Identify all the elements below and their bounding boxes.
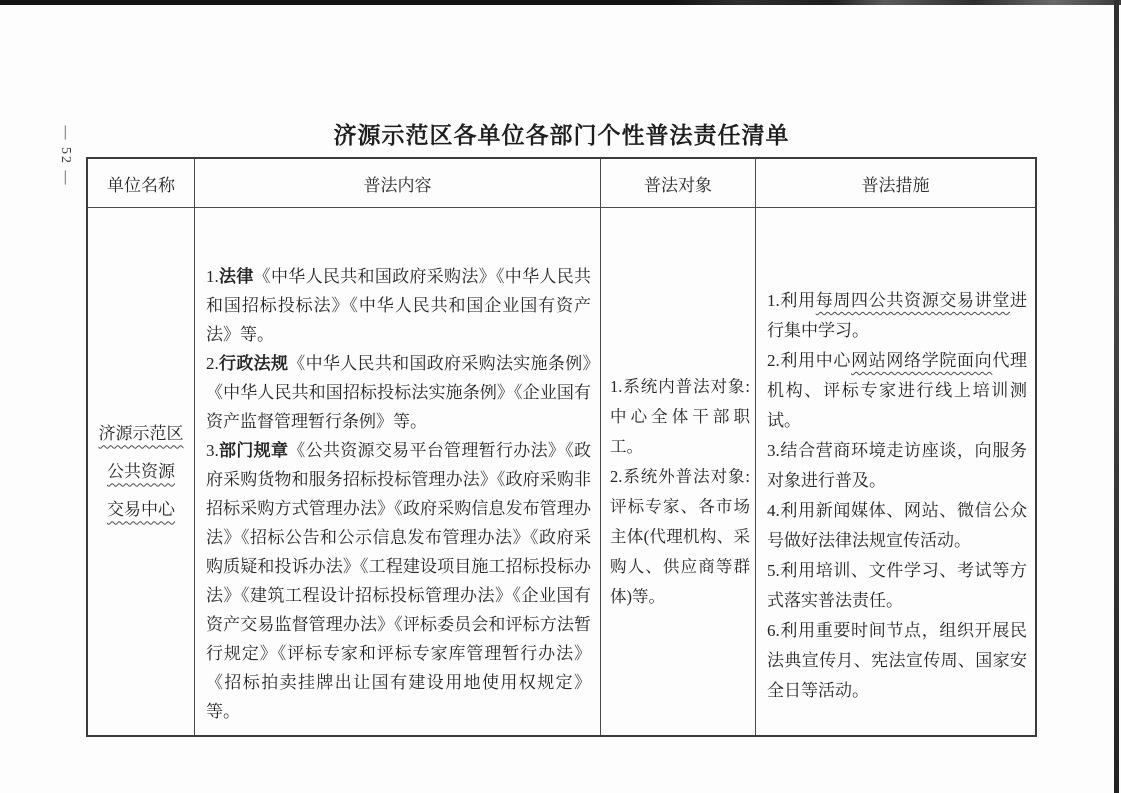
measure-text: 6.利用重要时间节点，组织开展民法典宣传月、宪法宣传周、国家安全日等活动。 xyxy=(767,621,1027,700)
item-text: 《中华人民共和国政府采购法》《中华人民共和国招标投标法》《中华人民共和国企业国有… xyxy=(206,267,591,344)
unit-name-line: 济源示范区 xyxy=(99,415,184,453)
measure-item: 3.结合营商环境走访座谈，向服务对象进行普及。 xyxy=(767,436,1027,496)
scan-edge-right xyxy=(1114,0,1119,793)
measure-emphasized-text: 网站网络学院面向 xyxy=(851,351,992,370)
item-text: 《公共资源交易平台管理暂行办法》《政府采购货物和服务招标投标管理办法》《政府采购… xyxy=(206,441,591,721)
measure-text: 5.利用培训、文件学习、考试等方式落实普法责任。 xyxy=(767,561,1027,610)
unit-name-cell: 济源示范区 公共资源 交易中心 xyxy=(88,208,195,735)
measure-item: 6.利用重要时间节点，组织开展民法典宣传月、宪法宣传周、国家安全日等活动。 xyxy=(767,616,1027,706)
content-item-department-rules: 3.部门规章《公共资源交易平台管理暂行办法》《政府采购货物和服务招标投标管理办法… xyxy=(206,436,591,726)
content-item-laws: 1.法律《中华人民共和国政府采购法》《中华人民共和国招标投标法》《中华人民共和国… xyxy=(206,262,591,349)
page-number: — 52 — xyxy=(57,119,73,193)
item-number: 3. xyxy=(206,441,219,460)
item-label: 行政法规 xyxy=(219,354,289,373)
content-cell: 1.法律《中华人民共和国政府采购法》《中华人民共和国招标投标法》《中华人民共和国… xyxy=(195,208,601,735)
content-item-regulations: 2.行政法规《中华人民共和国政府采购法实施条例》《中华人民共和国招标投标法实施条… xyxy=(206,349,591,436)
measure-text: 4.利用新闻媒体、网站、微信公众号做好法律法规宣传活动。 xyxy=(767,501,1027,550)
target-item: 1.系统内普法对象:中心全体干部职工。 xyxy=(610,372,750,462)
measure-text: 2.利用中心 xyxy=(767,351,851,370)
measure-item: 2.利用中心网站网络学院面向代理机构、评标专家进行线上培训测试。 xyxy=(767,346,1027,436)
targets-cell: 1.系统内普法对象:中心全体干部职工。 2.系统外普法对象:评标专家、各市场主体… xyxy=(601,208,756,735)
measure-text: 3.结合营商环境走访座谈，向服务对象进行普及。 xyxy=(767,441,1027,490)
item-label: 部门规章 xyxy=(219,441,289,460)
header-cell-measures: 普法措施 xyxy=(756,159,1035,208)
target-item: 2.系统外普法对象:评标专家、各市场主体(代理机构、采购人、供应商等群体)等。 xyxy=(610,462,750,612)
header-cell-content: 普法内容 xyxy=(195,159,601,208)
item-label: 法律 xyxy=(219,267,254,286)
measure-item: 1.利用每周四公共资源交易讲堂进行集中学习。 xyxy=(767,286,1027,346)
scan-edge-top xyxy=(0,0,1121,5)
measure-item: 5.利用培训、文件学习、考试等方式落实普法责任。 xyxy=(767,556,1027,616)
unit-name-line: 公共资源 xyxy=(107,453,175,491)
header-cell-unit-name: 单位名称 xyxy=(88,159,195,208)
measures-cell: 1.利用每周四公共资源交易讲堂进行集中学习。 2.利用中心网站网络学院面向代理机… xyxy=(756,208,1035,735)
item-number: 2. xyxy=(206,354,219,373)
scanned-document-page: — 52 — 济源示范区各单位各部门个性普法责任清单 单位名称 普法内容 普法对… xyxy=(0,0,1121,793)
item-number: 1. xyxy=(206,267,219,286)
measure-text: 1.利用 xyxy=(767,291,816,310)
unit-name-line: 交易中心 xyxy=(107,491,175,529)
measure-item: 4.利用新闻媒体、网站、微信公众号做好法律法规宣传活动。 xyxy=(767,496,1027,556)
measure-emphasized-text: 每周四公共资源交易讲堂 xyxy=(816,291,1010,310)
header-cell-targets: 普法对象 xyxy=(601,159,756,208)
page-title: 济源示范区各单位各部门个性普法责任清单 xyxy=(86,117,1037,150)
responsibility-table: 单位名称 普法内容 普法对象 普法措施 济源示范区 公共资源 交易中心 1.法律… xyxy=(86,157,1037,737)
